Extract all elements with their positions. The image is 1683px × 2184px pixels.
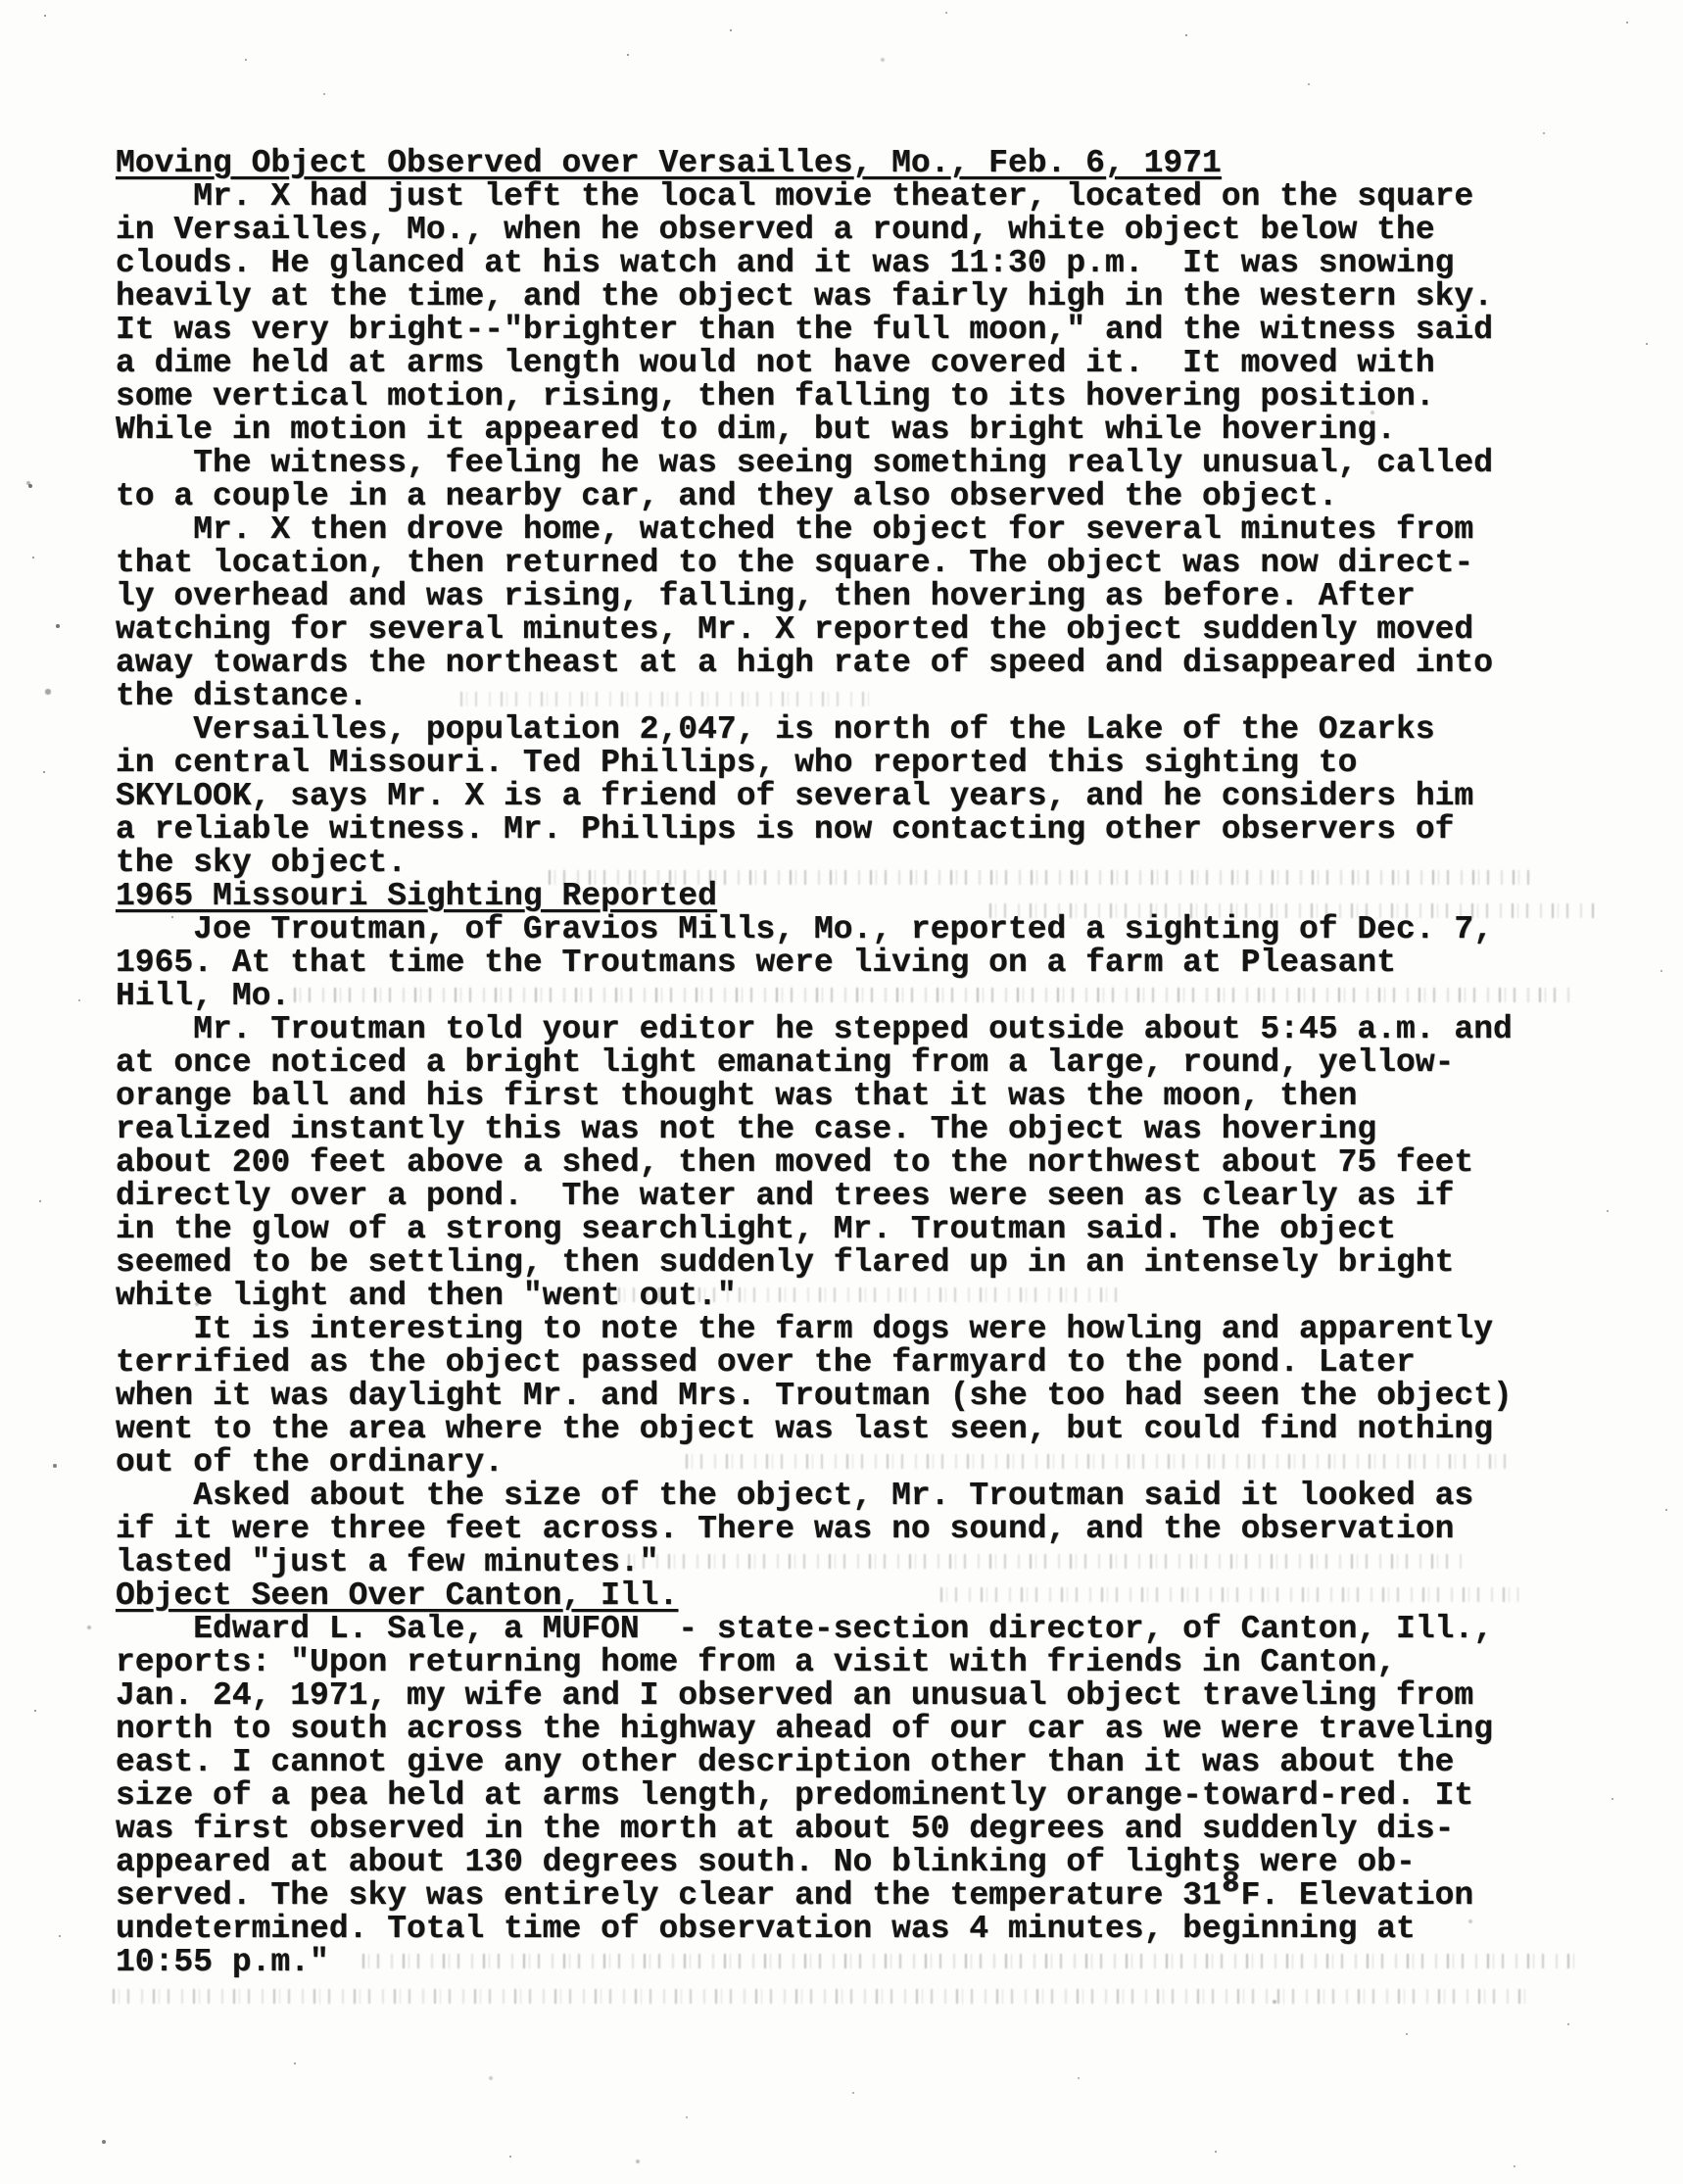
paragraph-versailles-4: Versailles, population 2,047, is north o… — [116, 713, 1565, 880]
scan-smudge — [686, 1454, 1509, 1469]
toner-speckles-large — [0, 0, 2, 2]
paragraph-versailles-3: Mr. X then drove home, watched the objec… — [116, 513, 1565, 713]
scanned-newsletter-page: Moving Object Observed over Versailles, … — [0, 0, 1683, 2184]
scan-smudge — [549, 870, 1538, 885]
scan-smudge — [460, 692, 872, 706]
scan-smudge — [362, 1954, 1577, 1968]
scan-smudge — [294, 988, 1577, 1002]
page-number: 8 — [1222, 1867, 1240, 1901]
paragraph-versailles-2: The witness, feeling he was seeing somet… — [116, 447, 1565, 513]
paragraph-canton-1: Edward L. Sale, a MUFON - state-section … — [116, 1613, 1565, 1979]
paragraph-troutman-2: Mr. Troutman told your editor he stepped… — [116, 1013, 1565, 1313]
scan-smudge — [113, 1989, 1533, 2004]
scan-smudge — [989, 903, 1597, 918]
scan-smudge — [940, 1587, 1518, 1602]
newsletter-body: Moving Object Observed over Versailles, … — [116, 147, 1565, 1979]
scan-smudge — [578, 1287, 1127, 1302]
scan-smudge — [588, 1554, 1469, 1569]
section-heading-versailles-sighting: Moving Object Observed over Versailles, … — [116, 147, 1565, 180]
paragraph-versailles-1: Mr. X had just left the local movie thea… — [116, 180, 1565, 447]
